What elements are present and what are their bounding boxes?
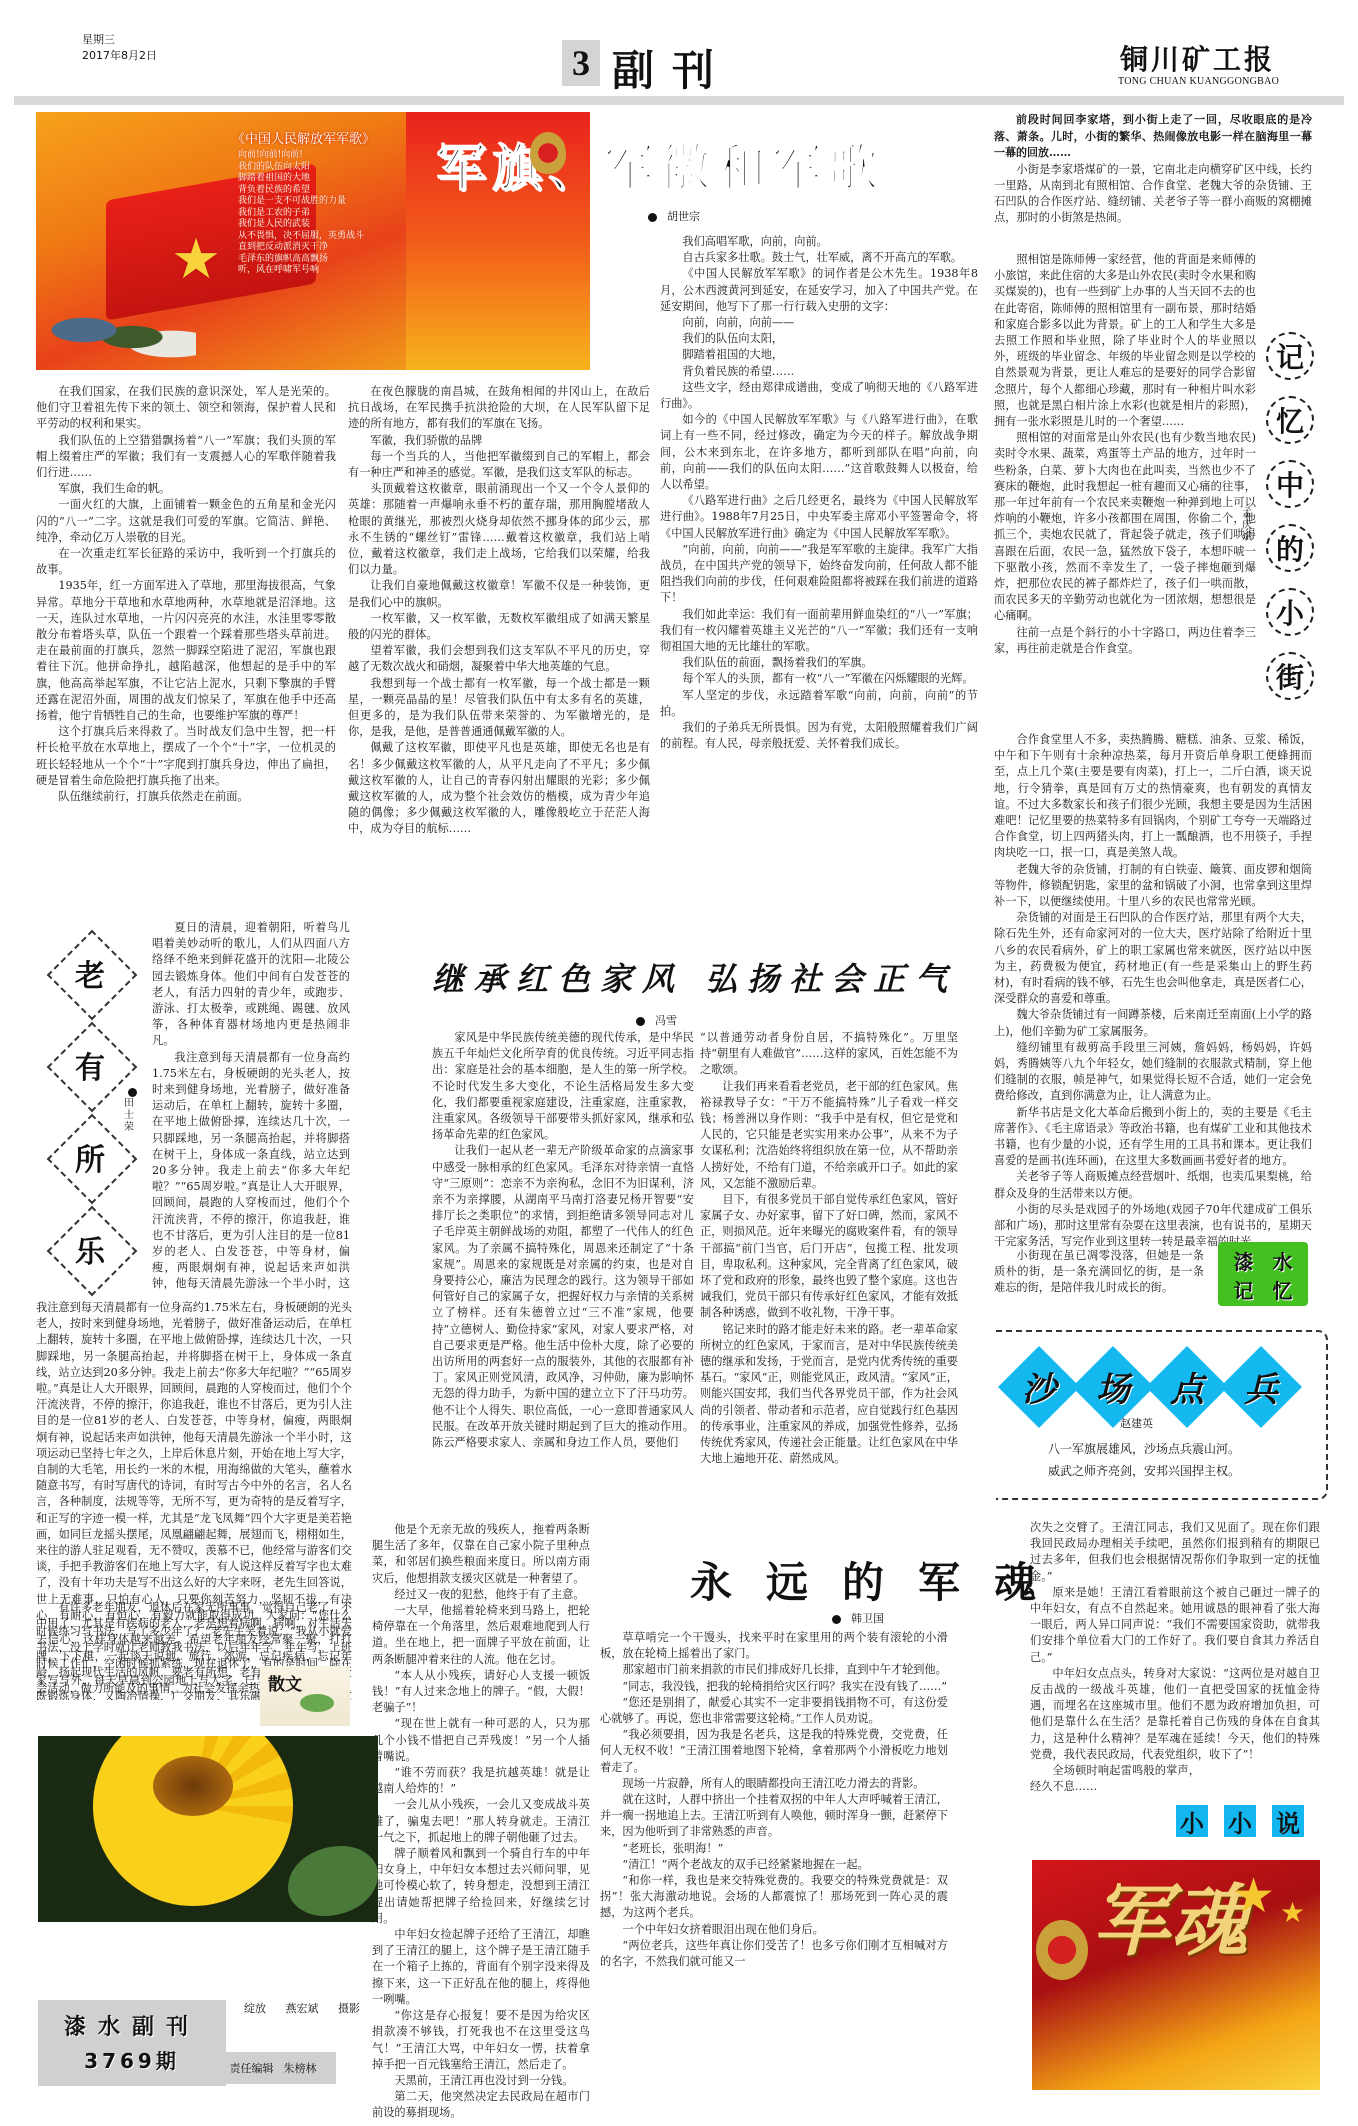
- title-seal: 忆: [1266, 396, 1314, 444]
- star-icon: ★: [171, 227, 221, 292]
- column-badge-qishui-memory: 漆水记忆: [1218, 1242, 1308, 1306]
- poem-title-char: 场: [1072, 1362, 1154, 1411]
- army-soul-image: 军魂 ★ ★: [1032, 1860, 1320, 2090]
- weekday: 星期三: [82, 32, 157, 48]
- poem-title-char: 兵: [1220, 1362, 1302, 1411]
- title-seal: 中: [1266, 460, 1314, 508]
- article2-ending: 小街现在虽已凋零没落，但她是一条质朴的街，是一条充满回忆的街，是一条难忘的街，是…: [994, 1248, 1204, 1297]
- article1-byline: 胡世宗: [648, 208, 700, 224]
- article3-author: 田士荣: [124, 1098, 136, 1134]
- article1-column-2: 在夜色朦胧的南昌城，在鼓角相闻的井冈山上，在敌后抗日战场，在军民携手抗洪抢险的大…: [348, 384, 650, 838]
- article2-author: 孟庆斌: [1242, 508, 1254, 544]
- title-seal: 记: [1266, 332, 1314, 380]
- article2-column: 照相馆是陈师傅一家经营，他的背面是来师傅的小旅馆，来此住宿的大多是山外农民(卖时…: [994, 252, 1256, 657]
- page-number: 3: [562, 40, 600, 86]
- bullet-icon: [832, 1615, 841, 1624]
- article4-column-2: “以普通劳动者身份自居，不搞特殊化”。万里坚持“朝里有人难做官”……这样的家风，…: [700, 1030, 958, 1467]
- article5-column-3: 次失之交臂了。王清江同志，我们又见面了。现在你们跟我回民政局办理相关手续吧，虽然…: [1030, 1520, 1320, 1795]
- editor-credit: 责任编辑朱榜林: [210, 2052, 336, 2084]
- issue-date: 2017年8月2日: [82, 48, 157, 64]
- title-seal: 街: [1266, 652, 1314, 700]
- title-diamond: 所: [47, 1114, 133, 1200]
- hero-song-title: 《中国人民解放军军歌》: [232, 128, 375, 147]
- lotus-leaf-graphic: [300, 1694, 334, 1712]
- army-emblem-icon: [530, 132, 566, 174]
- masthead-date: 星期三 2017年8月2日: [82, 32, 157, 64]
- paper-name-en: TONG CHUAN KUANGGONGBAO: [1118, 76, 1279, 87]
- paper-name: 铜川矿工报: [1120, 38, 1275, 78]
- section-title: 副刊: [612, 38, 732, 98]
- article5-column-2: 草草啃完一个干馒头，找来平时在家里用的两个装有滚轮的小滑板，放在轮椅上摇着出了家…: [600, 1630, 948, 2100]
- poem-title-char: 点: [1146, 1362, 1228, 1411]
- hero-lyrics: 向前!向前!向前!我们的队伍向太阳脚踏着祖国的大地背负着民族的希望我们是一支不可…: [238, 150, 364, 277]
- article5-title: 永远的军魂: [690, 1550, 1070, 1610]
- star-icon: ★: [1232, 1868, 1275, 1924]
- bullet-icon: [648, 213, 657, 222]
- poem-title-char: 沙: [998, 1362, 1080, 1411]
- title-diamond: 乐: [47, 1206, 133, 1292]
- article4-byline: 冯雪: [636, 1012, 677, 1028]
- bullet-icon: [636, 1017, 645, 1026]
- photo-caption: 绽放 燕宏斌 摄影: [244, 2000, 360, 2016]
- article5-byline: 韩卫国: [832, 1610, 884, 1626]
- star-icon: ★: [1280, 1896, 1305, 1929]
- article2-intro: 前段时间回李家塔，到小街上走了一回，尽收眼底的是冷落、萧条。儿时，小街的繁华、热…: [994, 112, 1312, 226]
- article3-column-1: 夏日的清晨，迎着朝阳，听着鸟儿唱着美妙动听的歌儿，人们从四面八方络绎不绝来到鲜花…: [152, 920, 350, 1290]
- army-emblem-icon: [1036, 1920, 1088, 1980]
- supplement-name: 漆水副刊: [38, 2010, 226, 2041]
- supplement-footer-box: 漆水副刊 3769期: [38, 2000, 226, 2086]
- sunflower-photo: [38, 1736, 378, 1922]
- article5-column-1: 他是个无亲无故的残疾人，拖着两条断腿生活了多年，仅靠在自己家小院子里种点菜，和邻…: [372, 1522, 590, 2122]
- soldiers-graphic: [36, 302, 196, 370]
- poem-text: 八一军旗展雄风，沙场点兵震山河。威武之师齐亮剑，安邦兴国捍主权。: [1048, 1438, 1240, 1482]
- article1-column-1: 在我们国家，在我们民族的意识深处，军人是光荣的。他们守卫着祖先传下来的领土、领空…: [36, 384, 336, 805]
- issue-number: 3769期: [38, 2045, 226, 2074]
- leaf-graphic: [288, 1846, 378, 1916]
- article4-column-1: 家风是中华民族传统美德的现代传承，是中华民族五千年灿烂文化所孕育的优良传统。习近…: [432, 1030, 694, 1451]
- article4-title: 继承红色家风 弘扬社会正气: [432, 954, 957, 1000]
- article1-title: 军旗、军徽和军歌: [436, 128, 884, 200]
- poem-author: 赵建英: [1120, 1415, 1153, 1431]
- title-seal: 小: [1266, 588, 1314, 636]
- title-diamond: 有: [47, 1022, 133, 1108]
- article2-column-lower: 合作食堂里人不多，卖热腾腾、糖糕、油条、豆浆、稀饭，中午和下午则有十余种凉热菜，…: [994, 732, 1312, 1251]
- article1-column-3: 我们高唱军歌，向前，向前。自古兵家多壮歌。鼓士气，壮军威，离不开高亢的军歌。《中…: [660, 234, 978, 753]
- title-seal: 的: [1266, 524, 1314, 572]
- title-diamond: 老: [47, 930, 133, 1016]
- sunflower-center: [153, 1756, 233, 1816]
- masthead-divider: [14, 96, 1344, 105]
- army-soul-calligraphy: 军魂: [1092, 1880, 1248, 1964]
- essay-label-badge: 散文: [260, 1666, 350, 1726]
- article2-lead: 前段时间回李家塔，到小街上走了一回，尽收眼底的是冷落、萧条。儿时，小街的繁华、热…: [994, 112, 1312, 162]
- fiction-category-badge: 小小说: [1176, 1805, 1304, 1837]
- article2-title-seals: 记 忆 中 的 小 街: [1266, 332, 1312, 716]
